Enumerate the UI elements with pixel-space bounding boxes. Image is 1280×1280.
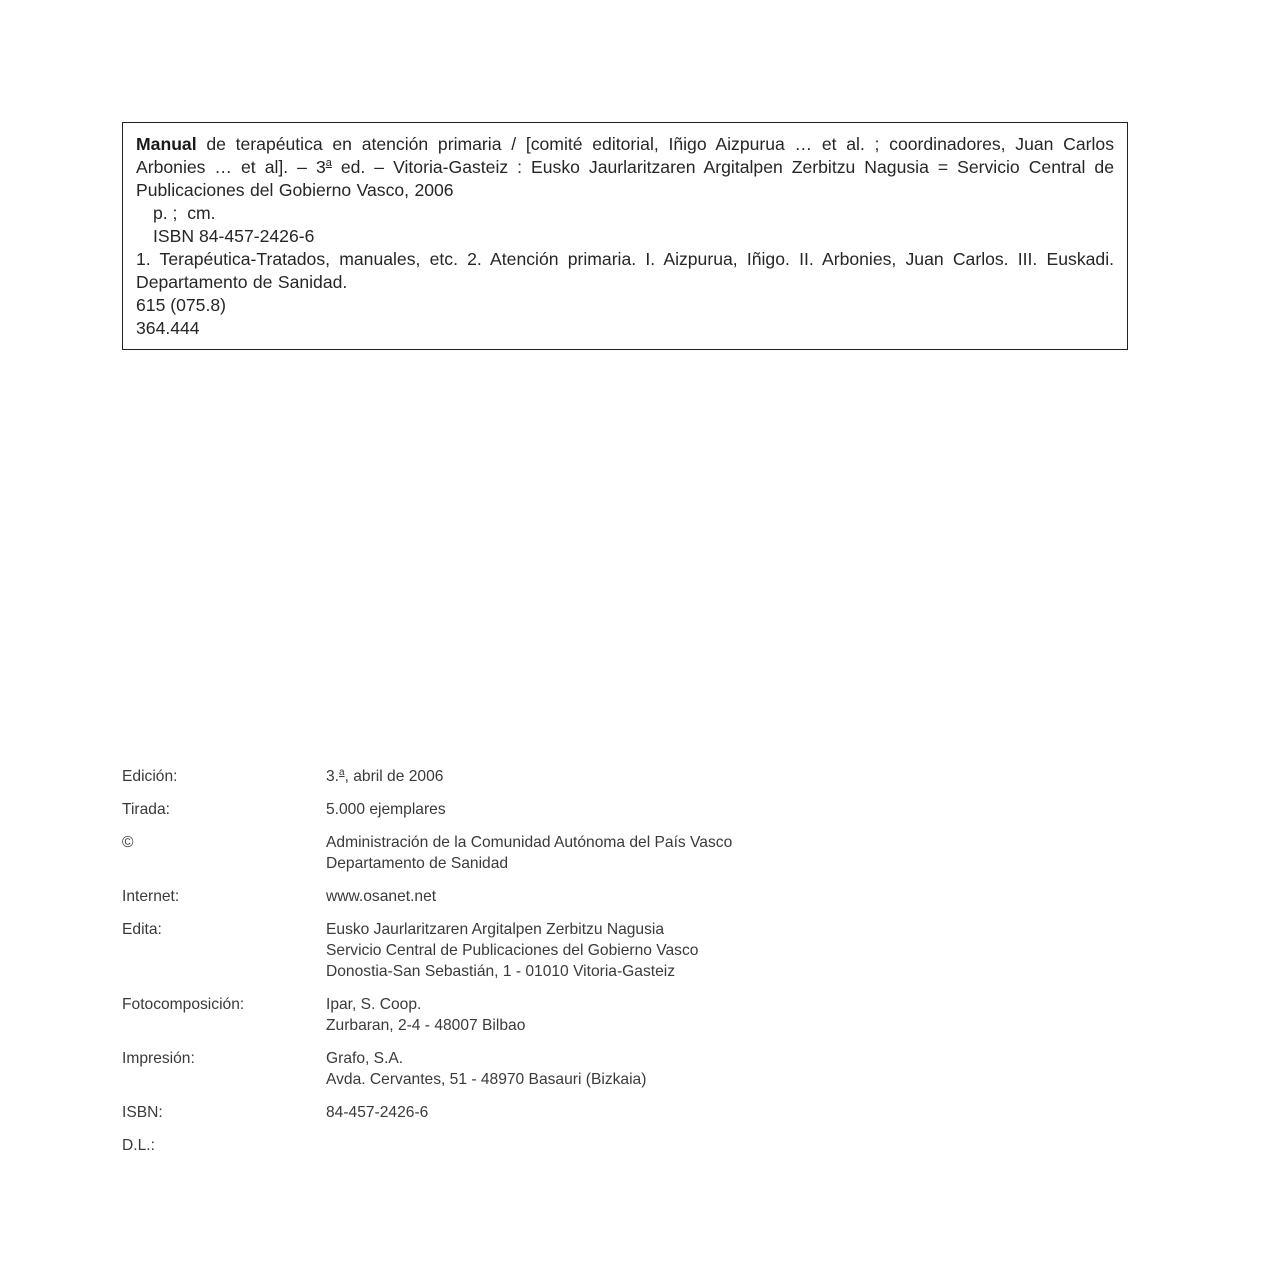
credit-row-copyright: © Administración de la Comunidad Autónom… <box>122 832 732 874</box>
credit-value: Administración de la Comunidad Autónoma … <box>326 832 732 874</box>
copyright-icon: © <box>122 832 326 874</box>
cip-title-statement: Manual de terapéutica en atención primar… <box>136 133 1114 202</box>
credit-row-isbn: ISBN: 84-457-2426-6 <box>122 1102 732 1123</box>
credit-label: Tirada: <box>122 799 326 820</box>
credit-row-dl: D.L.: <box>122 1135 732 1156</box>
edition-number: 3. <box>326 768 339 785</box>
credit-value: 84-457-2426-6 <box>326 1102 428 1123</box>
credit-line: Administración de la Comunidad Autónoma … <box>326 832 732 853</box>
publication-credits: Edición: 3.a, abril de 2006 Tirada: 5.00… <box>122 766 732 1168</box>
credit-line: Departamento de Sanidad <box>326 853 732 874</box>
edition-month-year: , abril de 2006 <box>345 768 444 785</box>
credit-label: D.L.: <box>122 1135 326 1156</box>
credit-label: Edición: <box>122 766 326 787</box>
credit-label: Impresión: <box>122 1048 326 1090</box>
cip-classification-1: 615 (075.8) <box>136 294 1114 317</box>
credit-value: Eusko Jaurlaritzaren Argitalpen Zerbitzu… <box>326 919 698 982</box>
credit-row-impresion: Impresión: Grafo, S.A. Avda. Cervantes, … <box>122 1048 732 1090</box>
cip-subjects: 1. Terapéutica-Tratados, manuales, etc. … <box>136 248 1114 294</box>
credit-line: Ipar, S. Coop. <box>326 994 525 1015</box>
credit-line: Grafo, S.A. <box>326 1048 646 1069</box>
credit-label: Internet: <box>122 886 326 907</box>
credit-line: Zurbaran, 2-4 - 48007 Bilbao <box>326 1015 525 1036</box>
credit-line: Donostia-San Sebastián, 1 - 01010 Vitori… <box>326 961 698 982</box>
credit-value: Grafo, S.A. Avda. Cervantes, 51 - 48970 … <box>326 1048 646 1090</box>
cip-physical-description: p. ; cm. <box>136 202 1114 225</box>
credit-row-edita: Edita: Eusko Jaurlaritzaren Argitalpen Z… <box>122 919 732 982</box>
credit-row-fotocomposicion: Fotocomposición: Ipar, S. Coop. Zurbaran… <box>122 994 732 1036</box>
credit-line: Eusko Jaurlaritzaren Argitalpen Zerbitzu… <box>326 919 698 940</box>
credit-value: 5.000 ejemplares <box>326 799 446 820</box>
credit-row-edicion: Edición: 3.a, abril de 2006 <box>122 766 732 787</box>
credit-row-internet: Internet: www.osanet.net <box>122 886 732 907</box>
cip-title-bold: Manual <box>136 134 197 154</box>
cip-classification-2: 364.444 <box>136 317 1114 340</box>
website-link: www.osanet.net <box>326 886 436 907</box>
cip-isbn: ISBN 84-457-2426-6 <box>136 225 1114 248</box>
cip-catalog-record: Manual de terapéutica en atención primar… <box>122 122 1128 350</box>
credit-row-tirada: Tirada: 5.000 ejemplares <box>122 799 732 820</box>
credit-label: Fotocomposición: <box>122 994 326 1036</box>
credit-line: Avda. Cervantes, 51 - 48970 Basauri (Biz… <box>326 1069 646 1090</box>
edition-date: 3.a, abril de 2006 <box>326 766 443 787</box>
credit-line: Servicio Central de Publicaciones del Go… <box>326 940 698 961</box>
credit-label: Edita: <box>122 919 326 982</box>
credit-value: Ipar, S. Coop. Zurbaran, 2-4 - 48007 Bil… <box>326 994 525 1036</box>
credit-label: ISBN: <box>122 1102 326 1123</box>
credit-value: 3.a, abril de 2006 <box>326 766 443 787</box>
